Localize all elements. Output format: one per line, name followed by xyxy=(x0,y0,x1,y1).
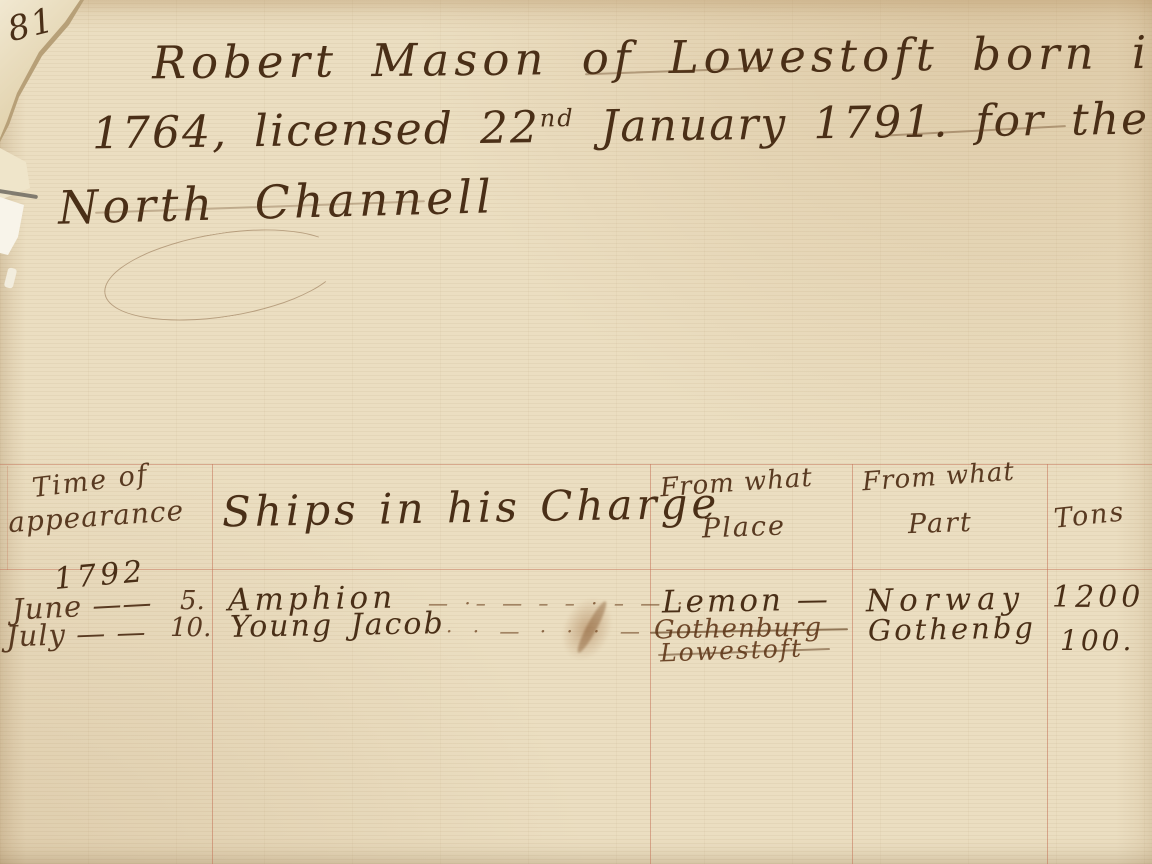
row2-ship: Young Jacob xyxy=(230,608,445,643)
row1-tons: 1200 xyxy=(1052,582,1144,614)
row1-leader-dashes: — ·– — – – · – — · xyxy=(428,593,688,614)
heading-line2-superscript: nd xyxy=(540,104,575,132)
column-rule-4 xyxy=(1047,464,1048,864)
column-header-part-line2: Part xyxy=(908,509,974,540)
table-header-bottom-rule xyxy=(0,569,1152,570)
row2-day: 10. xyxy=(170,615,211,642)
column-header-tons: Tons xyxy=(1053,498,1127,534)
left-edge-tear-speck xyxy=(4,267,18,289)
heading-line2: 1764, licensed 22nd January 1791. for th… xyxy=(92,97,1150,158)
heading-line1: Robert Mason of Lowestoft born in xyxy=(152,29,1152,87)
column-header-ships: Ships in his Charge xyxy=(222,482,721,535)
heading-line2-rest: January 1791. for the xyxy=(574,94,1149,153)
column-rule-3 xyxy=(852,464,853,864)
row2-part: Gothenbg xyxy=(868,613,1036,646)
left-edge-tear-white xyxy=(0,197,28,255)
column-rule-1 xyxy=(212,464,213,864)
document-page: 81 Robert Mason of Lowestoft born in 176… xyxy=(0,0,1152,864)
heading-line3: North Channell xyxy=(57,172,495,232)
row2-month: July — — xyxy=(6,617,147,652)
column-header-place-line2: Place xyxy=(702,513,787,544)
heading-line2-text: 1764, licensed 22 xyxy=(92,102,541,159)
column-header-place-line1: From what xyxy=(659,465,814,503)
pen-flourish-oval xyxy=(98,215,348,336)
row2-tons: 100. xyxy=(1060,626,1134,655)
row2-leader-dashes: · · — · · · — xyxy=(446,621,647,642)
row1-day: 5. xyxy=(180,588,205,615)
